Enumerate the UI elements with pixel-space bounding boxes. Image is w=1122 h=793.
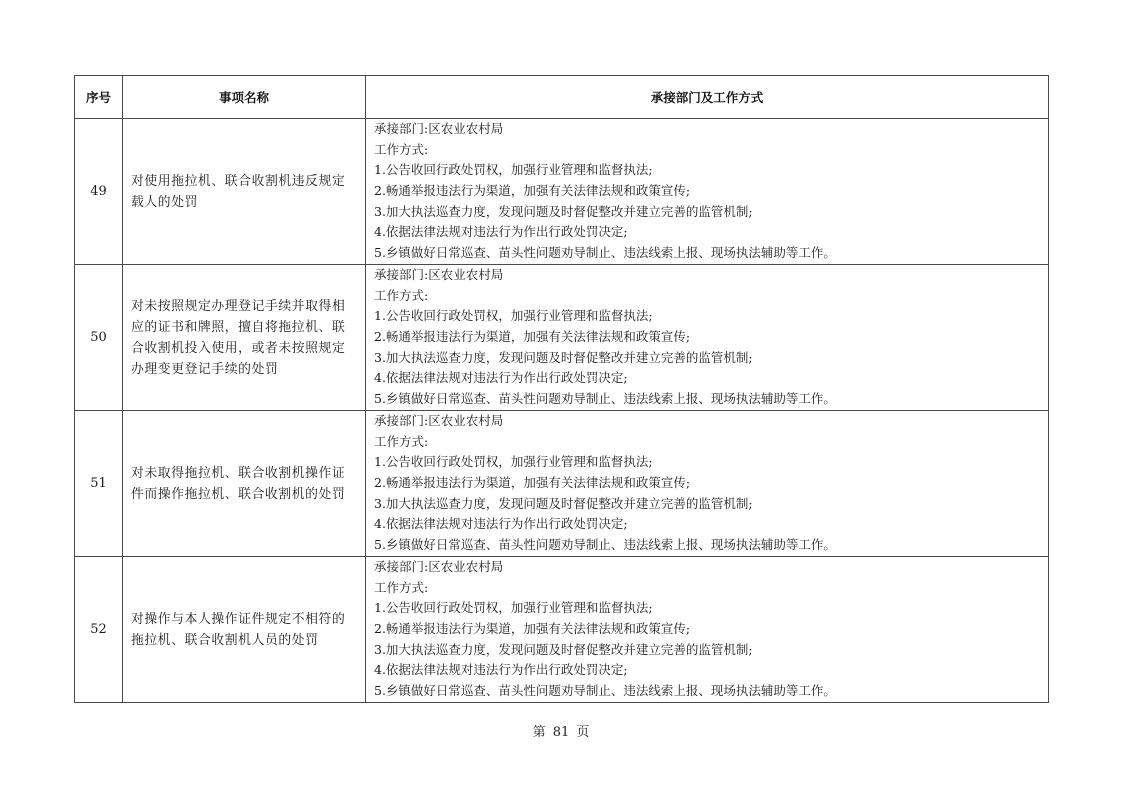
department-line: 承接部门:区农业农村局: [374, 411, 1048, 432]
method-label: 工作方式:: [374, 140, 1048, 161]
header-item-name: 事项名称: [123, 76, 366, 119]
method-item: 3.加大执法巡查力度，发现问题及时督促整改并建立完善的监管机制;: [374, 348, 1048, 369]
row-index: 52: [75, 557, 123, 703]
row-index: 50: [75, 265, 123, 411]
method-item: 2.畅通举报违法行为渠道，加强有关法律法规和政策宣传;: [374, 473, 1048, 494]
row-item-name: 对操作与本人操作证件规定不相符的拖拉机、联合收割机人员的处罚: [123, 557, 366, 703]
method-item: 3.加大执法巡查力度，发现问题及时督促整改并建立完善的监管机制;: [374, 202, 1048, 223]
table-row: 49 对使用拖拉机、联合收割机违反规定载人的处罚 承接部门:区农业农村局 工作方…: [75, 119, 1049, 265]
method-item: 1.公告收回行政处罚权，加强行业管理和监督执法;: [374, 160, 1048, 181]
row-department-method: 承接部门:区农业农村局 工作方式: 1.公告收回行政处罚权，加强行业管理和监督执…: [366, 119, 1049, 265]
method-item: 3.加大执法巡查力度，发现问题及时督促整改并建立完善的监管机制;: [374, 640, 1048, 661]
method-label: 工作方式:: [374, 432, 1048, 453]
responsibility-table: 序号 事项名称 承接部门及工作方式 49 对使用拖拉机、联合收割机违反规定载人的…: [74, 75, 1049, 703]
header-department-method: 承接部门及工作方式: [366, 76, 1049, 119]
header-index: 序号: [75, 76, 123, 119]
department-line: 承接部门:区农业农村局: [374, 119, 1048, 140]
row-index: 51: [75, 411, 123, 557]
method-item: 5.乡镇做好日常巡查、苗头性问题劝导制止、违法线索上报、现场执法辅助等工作。: [374, 681, 1048, 702]
table-header-row: 序号 事项名称 承接部门及工作方式: [75, 76, 1049, 119]
method-label: 工作方式:: [374, 578, 1048, 599]
method-item: 2.畅通举报违法行为渠道，加强有关法律法规和政策宣传;: [374, 181, 1048, 202]
department-line: 承接部门:区农业农村局: [374, 265, 1048, 286]
table-row: 50 对未按照规定办理登记手续并取得相应的证书和牌照，擅自将拖拉机、联合收割机投…: [75, 265, 1049, 411]
row-department-method: 承接部门:区农业农村局 工作方式: 1.公告收回行政处罚权，加强行业管理和监督执…: [366, 265, 1049, 411]
method-item: 1.公告收回行政处罚权，加强行业管理和监督执法;: [374, 452, 1048, 473]
method-item: 4.依据法律法规对违法行为作出行政处罚决定;: [374, 660, 1048, 681]
method-item: 4.依据法律法规对违法行为作出行政处罚决定;: [374, 368, 1048, 389]
page-number: 第 81 页: [0, 721, 1122, 740]
method-item: 2.畅通举报违法行为渠道，加强有关法律法规和政策宣传;: [374, 327, 1048, 348]
method-label: 工作方式:: [374, 286, 1048, 307]
method-item: 5.乡镇做好日常巡查、苗头性问题劝导制止、违法线索上报、现场执法辅助等工作。: [374, 535, 1048, 556]
method-item: 4.依据法律法规对违法行为作出行政处罚决定;: [374, 222, 1048, 243]
department-line: 承接部门:区农业农村局: [374, 557, 1048, 578]
table-row: 51 对未取得拖拉机、联合收割机操作证件而操作拖拉机、联合收割机的处罚 承接部门…: [75, 411, 1049, 557]
row-item-name: 对未按照规定办理登记手续并取得相应的证书和牌照，擅自将拖拉机、联合收割机投入使用…: [123, 265, 366, 411]
method-item: 4.依据法律法规对违法行为作出行政处罚决定;: [374, 514, 1048, 535]
row-item-name: 对未取得拖拉机、联合收割机操作证件而操作拖拉机、联合收割机的处罚: [123, 411, 366, 557]
method-item: 1.公告收回行政处罚权，加强行业管理和监督执法;: [374, 306, 1048, 327]
row-index: 49: [75, 119, 123, 265]
method-item: 3.加大执法巡查力度，发现问题及时督促整改并建立完善的监管机制;: [374, 494, 1048, 515]
row-department-method: 承接部门:区农业农村局 工作方式: 1.公告收回行政处罚权，加强行业管理和监督执…: [366, 411, 1049, 557]
row-department-method: 承接部门:区农业农村局 工作方式: 1.公告收回行政处罚权，加强行业管理和监督执…: [366, 557, 1049, 703]
method-item: 5.乡镇做好日常巡查、苗头性问题劝导制止、违法线索上报、现场执法辅助等工作。: [374, 243, 1048, 264]
method-item: 1.公告收回行政处罚权，加强行业管理和监督执法;: [374, 598, 1048, 619]
method-item: 5.乡镇做好日常巡查、苗头性问题劝导制止、违法线索上报、现场执法辅助等工作。: [374, 389, 1048, 410]
table-row: 52 对操作与本人操作证件规定不相符的拖拉机、联合收割机人员的处罚 承接部门:区…: [75, 557, 1049, 703]
method-item: 2.畅通举报违法行为渠道，加强有关法律法规和政策宣传;: [374, 619, 1048, 640]
row-item-name: 对使用拖拉机、联合收割机违反规定载人的处罚: [123, 119, 366, 265]
